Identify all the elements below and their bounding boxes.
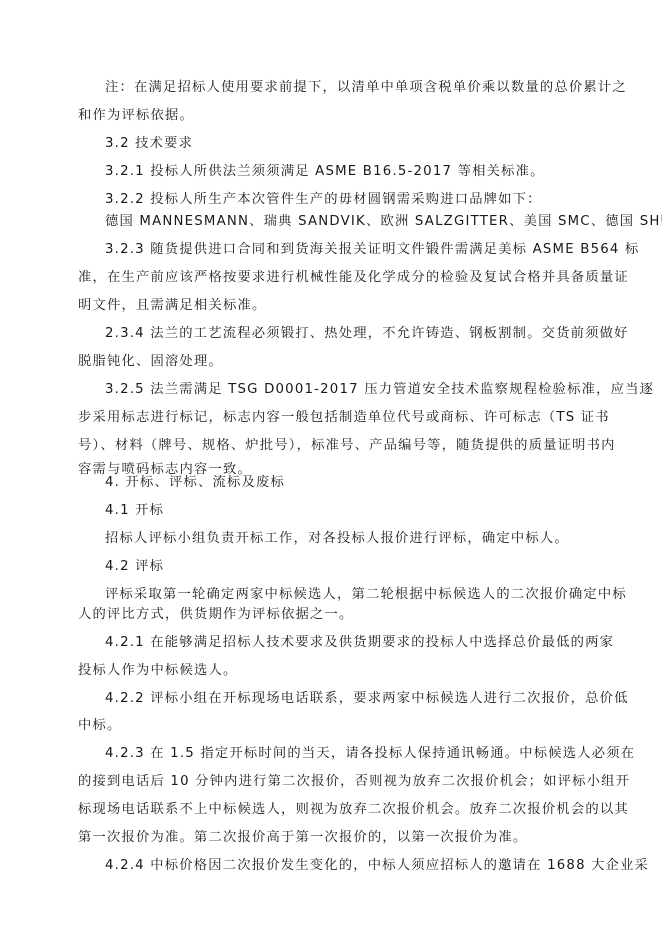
clause-3-2-1: 3.2.1 投标人所供法兰须须满足 ASME B16.5-2017 等相关标准。 bbox=[105, 163, 545, 181]
brand-list: 德国 MANNESMANN、瑞典 SANDVIK、欧洲 SALZGITTER、美… bbox=[105, 213, 662, 231]
paragraph-4-2-line-2: 人的评比方式，供货期作为评标依据之一。 bbox=[78, 606, 353, 624]
document-page: 注：在满足招标人使用要求前提下，以清单中单项含税单价乘以数量的总价累计之 和作为… bbox=[0, 0, 662, 936]
clause-3-2-3-line-1: 3.2.3 随货提供进口合同和到货海关报关证明文件锻件需满足美标 ASME B5… bbox=[105, 241, 639, 259]
note-paragraph-line-1: 注：在满足招标人使用要求前提下，以清单中单项含税单价乘以数量的总价累计之 bbox=[105, 79, 627, 97]
section-heading-4-1: 4.1 开标 bbox=[105, 502, 164, 520]
paragraph-4-2-line-1: 评标采取第一轮确定两家中标候选人，第二轮根据中标候选人的二次报价确定中标 bbox=[105, 586, 627, 604]
clause-4-2-3-line-4: 第一次报价为准。第二次报价高于第一次报价的，以第一次报价为准。 bbox=[78, 829, 527, 847]
clause-4-2-1-line-1: 4.2.1 在能够满足招标人技术要求及供货期要求的投标人中选择总价最低的两家 bbox=[105, 634, 614, 652]
section-heading-4-2: 4.2 评标 bbox=[105, 558, 164, 576]
clause-2-3-4-line-2: 脱脂钝化、固溶处理。 bbox=[78, 353, 223, 371]
clause-3-2-3-line-2: 准，在生产前应该严格按要求进行机械性能及化学成分的检验及复试合格并具备质量证 bbox=[78, 269, 629, 287]
clause-4-2-1-line-2: 投标人作为中标候选人。 bbox=[78, 662, 237, 680]
section-heading-3-2: 3.2 技术要求 bbox=[105, 135, 193, 153]
clause-4-2-2-line-1: 4.2.2 评标小组在开标现场电话联系，要求两家中标候选人进行二次报价，总价低 bbox=[105, 690, 629, 708]
clause-3-2-5-line-3: 号）、材料（牌号、规格、炉批号），标准号、产品编号等，随货提供的质量证明书内 bbox=[78, 437, 616, 455]
clause-4-2-3-line-2: 的接到电话后 10 分钟内进行第二次报价，否则视为放弃二次报价机会；如评标小组开 bbox=[78, 773, 630, 791]
clause-3-2-2: 3.2.2 投标人所生产本次管件生产的毋材圆钢需采购进口品牌如下： bbox=[105, 191, 542, 209]
clause-3-2-5-line-2: 步采用标志进行标记，标志内容一般包括制造单位代号或商标、许可标志（TS 证书 bbox=[78, 409, 610, 427]
clause-4-2-4-line-1: 4.2.4 中标价格因二次报价发生变化的，中标人须应招标人的邀请在 1688 大… bbox=[105, 857, 649, 875]
clause-3-2-3-line-3: 明文件，且需满足相关标准。 bbox=[78, 297, 266, 315]
clause-3-2-5-line-1: 3.2.5 法兰需满足 TSG D0001-2017 压力管道安全技术监察规程检… bbox=[105, 381, 654, 399]
note-paragraph-line-2: 和作为评标依据。 bbox=[78, 107, 194, 125]
section-heading-4: 4. 开标、评标、流标及废标 bbox=[105, 474, 285, 492]
clause-4-2-3-line-1: 4.2.3 在 1.5 指定开标时间的当天，请各投标人保持通讯畅通。中标候选人必… bbox=[105, 745, 635, 763]
clause-4-2-3-line-3: 标现场电话联系不上中标候选人，则视为放弃二次报价机会。放弃二次报价机会的以其 bbox=[78, 801, 629, 819]
clause-2-3-4-line-1: 2.3.4 法兰的工艺流程必须锻打、热处理，不允许铸造、钢板割制。交货前须做好 bbox=[105, 325, 629, 343]
paragraph-4-1: 招标人评标小组负责开标工作，对各投标人报价进行评标，确定中标人。 bbox=[105, 530, 569, 548]
clause-4-2-2-line-2: 中标。 bbox=[78, 717, 122, 735]
